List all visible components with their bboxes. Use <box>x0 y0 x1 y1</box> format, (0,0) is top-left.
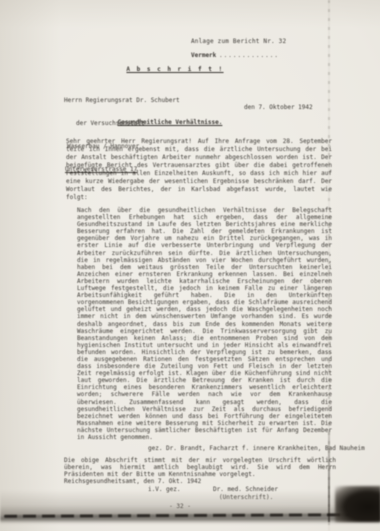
scan-corner-black-blob <box>335 486 380 522</box>
address-line-1: Herrn Regierungsrat Dr. Schubert <box>64 97 180 105</box>
typewritten-layer: Anlage zum Bericht Nr. 32 Vermerk ......… <box>0 0 380 531</box>
certification-paragraph: Die obige Abschrift stimmt mit der mir v… <box>64 457 336 478</box>
document-title-abschrift: A b s c h r i f t ! <box>118 66 232 73</box>
office-date-line: Reichsgesundheitsamt, den 7. Okt. 1942 <box>64 478 201 485</box>
subject-line: Gesundheitliche Verhältnisse. <box>90 119 250 126</box>
header-file-word: Vermerk <box>191 52 216 59</box>
report-body-paragraph: Nach den über die gesundheitlichen Verhä… <box>77 207 332 441</box>
scanned-letter-page: Anlage zum Bericht Nr. 32 Vermerk ......… <box>0 0 380 531</box>
scan-bottom-shadow-band <box>0 490 380 524</box>
report-signature-line: gez. Dr. Brandt, Facharzt f. innere Kran… <box>148 445 365 452</box>
date-line: den 7. Oktober 1942 <box>244 104 313 111</box>
header-reference-line: Anlage zum Bericht Nr. 32 <box>191 38 286 45</box>
header-file-dotted-line: ............. <box>219 52 279 59</box>
intro-paragraph: Sehr geehrter Herr Regierungsrat! Auf Ih… <box>66 138 332 202</box>
